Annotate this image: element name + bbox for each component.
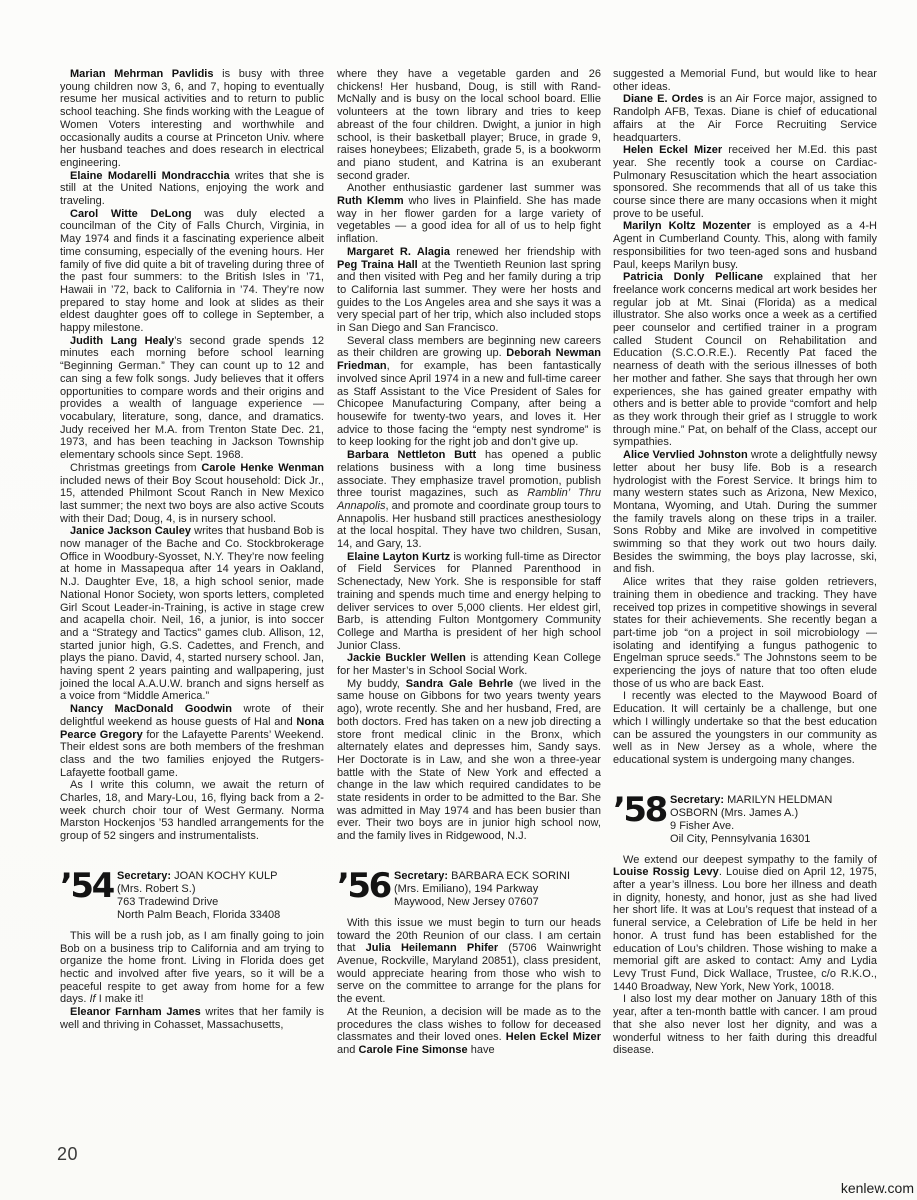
bold-name: Helen Eckel Mizer — [623, 144, 722, 156]
bold-name: Jackie Buckler Wellen — [347, 652, 466, 664]
bold-name: Patricia Donly Pellicane — [623, 271, 763, 283]
bold-name: Ruth Klemm — [337, 195, 404, 207]
body-text: Alice writes that they raise golden retr… — [613, 576, 877, 690]
bold-name: Julia Heilemann Phifer — [366, 942, 499, 954]
bold-name: Barbara Nettleton Butt — [347, 449, 476, 461]
body-text: OSBORN (Mrs. James A.) — [670, 807, 798, 819]
body-text: (Mrs. Emiliano), 194 Parkway — [394, 883, 538, 895]
paragraph: Barbara Nettleton Butt has opened a publ… — [337, 449, 601, 551]
paragraph: Diane E. Ordes is an Air Force major, as… — [613, 93, 877, 144]
bold-name: Carole Fine Simonse — [359, 1044, 468, 1056]
bold-name: Judith Lang Healy — [70, 335, 174, 347]
bold-name: Janice Jackson Cauley — [70, 525, 191, 537]
bold-name: Louise Rossig Levy — [613, 866, 719, 878]
paragraph: Jackie Buckler Wellen is attending Kean … — [337, 652, 601, 677]
body-text: I recently was elected to the Maywood Bo… — [613, 690, 877, 766]
paragraph: This will be a rush job, as I am finally… — [60, 930, 324, 1006]
body-text: MARILYN HELDMAN — [724, 794, 832, 806]
body-text: explained that her freelance work concer… — [613, 271, 877, 448]
text-column: Marian Mehrman Pavlidis is busy with thr… — [60, 68, 324, 1032]
paragraph: Elaine Layton Kurtz is working full-time… — [337, 551, 601, 653]
bold-name: Marilyn Koltz Mozenter — [623, 220, 751, 232]
paragraph: Judith Lang Healy’s second grade spends … — [60, 335, 324, 462]
class-year-label: ’58 — [613, 795, 670, 825]
body-text: have — [468, 1044, 495, 1056]
bold-name: Secretary: — [670, 794, 724, 806]
paragraph: As I write this column, we await the ret… — [60, 779, 324, 843]
newsletter-page: Marian Mehrman Pavlidis is busy with thr… — [0, 0, 917, 1200]
class-year-section: ’56Secretary: BARBARA ECK SORINI(Mrs. Em… — [337, 870, 601, 909]
class-year-label: ’54 — [60, 871, 117, 901]
body-text: As I write this column, we await the ret… — [60, 779, 324, 842]
paragraph: We extend our deepest sympathy to the fa… — [613, 854, 877, 994]
bold-name: Margaret R. Alagia — [347, 246, 450, 258]
bold-name: Nancy MacDonald Goodwin — [70, 703, 232, 715]
secretary-address-line: (Mrs. Emiliano), 194 Parkway — [394, 883, 601, 896]
paragraph: Marilyn Koltz Mozenter is employed as a … — [613, 220, 877, 271]
body-text: where they have a vegetable garden and 2… — [337, 68, 601, 182]
paragraph: Elaine Modarelli Mondracchia writes that… — [60, 170, 324, 208]
paragraph: Helen Eckel Mizer received her M.Ed. thi… — [613, 144, 877, 220]
body-text: 763 Tradewind Drive — [117, 896, 218, 908]
body-text: Oil City, Pennsylvania 16301 — [670, 833, 810, 845]
secretary-address-line: Oil City, Pennsylvania 16301 — [670, 833, 877, 846]
body-text: . Louise died on April 12, 1975, after a… — [613, 866, 877, 992]
paragraph: where they have a vegetable garden and 2… — [337, 68, 601, 182]
paragraph: My buddy, Sandra Gale Behrle (we lived i… — [337, 678, 601, 843]
class-year-label: ’56 — [337, 871, 394, 901]
paragraph: Marian Mehrman Pavlidis is busy with thr… — [60, 68, 324, 170]
bold-name: Peg Traina Hall — [337, 259, 418, 271]
body-text: (we lived in the same house on Gibbons f… — [337, 678, 601, 842]
body-text: wrote a delightfully newsy letter about … — [613, 449, 877, 575]
watermark: kenlew.com — [841, 1180, 914, 1196]
paragraph: Margaret R. Alagia renewed her friendshi… — [337, 246, 601, 335]
secretary-address-line: Maywood, New Jersey 07607 — [394, 896, 601, 909]
paragraph: Alice writes that they raise golden retr… — [613, 576, 877, 690]
bold-name: Carol Witte DeLong — [70, 208, 192, 220]
body-text: Maywood, New Jersey 07607 — [394, 896, 539, 908]
body-text: renewed her friendship with — [450, 246, 601, 258]
paragraph: suggested a Memorial Fund, but would lik… — [613, 68, 877, 93]
paragraph: Carol Witte DeLong was duly elected a co… — [60, 208, 324, 335]
body-text: (Mrs. Robert S.) — [117, 883, 196, 895]
text-column: suggested a Memorial Fund, but would lik… — [613, 68, 877, 1057]
bold-name: Alice Vervlied Johnston — [623, 449, 748, 461]
bold-name: Eleanor Farnham James — [70, 1006, 201, 1018]
bold-name: Elaine Modarelli Mondracchia — [70, 170, 230, 182]
body-text: I also lost my dear mother on January 18… — [613, 993, 877, 1056]
secretary-address: Secretary: BARBARA ECK SORINI(Mrs. Emili… — [394, 870, 601, 909]
bold-name: Secretary: — [394, 870, 448, 882]
body-text: included news of their Boy Scout househo… — [60, 475, 324, 525]
class-year-section: ’54Secretary: JOAN KOCHY KULP(Mrs. Rober… — [60, 870, 324, 922]
body-text: Christmas greetings from — [70, 462, 201, 474]
paragraph: Another enthusiastic gardener last summe… — [337, 182, 601, 246]
paragraph: Christmas greetings from Carole Henke We… — [60, 462, 324, 526]
body-text: writes that husband Bob is now manager o… — [60, 525, 324, 702]
bold-name: Carole Henke Wenman — [201, 462, 324, 474]
paragraph: I also lost my dear mother on January 18… — [613, 993, 877, 1057]
class-year-section: ’58Secretary: MARILYN HELDMANOSBORN (Mrs… — [613, 794, 877, 846]
bold-name: Secretary: — [117, 870, 171, 882]
secretary-address: Secretary: JOAN KOCHY KULP(Mrs. Robert S… — [117, 870, 324, 922]
paragraph: Several class members are beginning new … — [337, 335, 601, 449]
bold-name: Marian Mehrman Pavlidis — [70, 68, 214, 80]
paragraph: Alice Vervlied Johnston wrote a delightf… — [613, 449, 877, 576]
paragraph: At the Reunion, a decision will be made … — [337, 1006, 601, 1057]
paragraph: I recently was elected to the Maywood Bo… — [613, 690, 877, 766]
body-text: is working full-time as Director of Fiel… — [337, 551, 601, 652]
secretary-address: Secretary: MARILYN HELDMANOSBORN (Mrs. J… — [670, 794, 877, 846]
body-text: and — [337, 1044, 359, 1056]
secretary-address-line: (Mrs. Robert S.) — [117, 883, 324, 896]
bold-name: Diane E. Ordes — [623, 93, 704, 105]
body-text: BARBARA ECK SORINI — [448, 870, 570, 882]
page-number: 20 — [57, 1144, 78, 1165]
secretary-address-line: Secretary: JOAN KOCHY KULP — [117, 870, 324, 883]
body-text: My buddy, — [347, 678, 406, 690]
bold-name: Sandra Gale Behrle — [406, 678, 513, 690]
secretary-address-line: North Palm Beach, Florida 33408 — [117, 909, 324, 922]
paragraph: With this issue we must begin to turn ou… — [337, 917, 601, 1006]
body-text: 9 Fisher Ave. — [670, 820, 734, 832]
body-text: North Palm Beach, Florida 33408 — [117, 909, 280, 921]
secretary-address-line: 9 Fisher Ave. — [670, 820, 877, 833]
secretary-address-line: OSBORN (Mrs. James A.) — [670, 807, 877, 820]
paragraph: Eleanor Farnham James writes that her fa… — [60, 1006, 324, 1031]
body-text: JOAN KOCHY KULP — [171, 870, 277, 882]
paragraph: Nancy MacDonald Goodwin wrote of their d… — [60, 703, 324, 779]
body-text: suggested a Memorial Fund, but would lik… — [613, 68, 877, 93]
secretary-address-line: Secretary: MARILYN HELDMAN — [670, 794, 877, 807]
text-column: where they have a vegetable garden and 2… — [337, 68, 601, 1057]
body-text: ’s second grade spends 12 minutes each m… — [60, 335, 324, 461]
body-text: I make it! — [96, 993, 144, 1005]
body-text: , for example, has been fantastically in… — [337, 360, 601, 448]
secretary-address-line: Secretary: BARBARA ECK SORINI — [394, 870, 601, 883]
body-text: is busy with three young children now 3,… — [60, 68, 324, 169]
paragraph: Patricia Donly Pellicane explained that … — [613, 271, 877, 449]
bold-name: Elaine Layton Kurtz — [347, 551, 450, 563]
body-text: was duly elected a councilman of the Cit… — [60, 208, 324, 334]
body-text: We extend our deepest sympathy to the fa… — [623, 854, 877, 866]
secretary-address-line: 763 Tradewind Drive — [117, 896, 324, 909]
bold-name: Helen Eckel Mizer — [506, 1031, 601, 1043]
paragraph: Janice Jackson Cauley writes that husban… — [60, 525, 324, 703]
body-text: Another enthusiastic gardener last summe… — [347, 182, 601, 194]
